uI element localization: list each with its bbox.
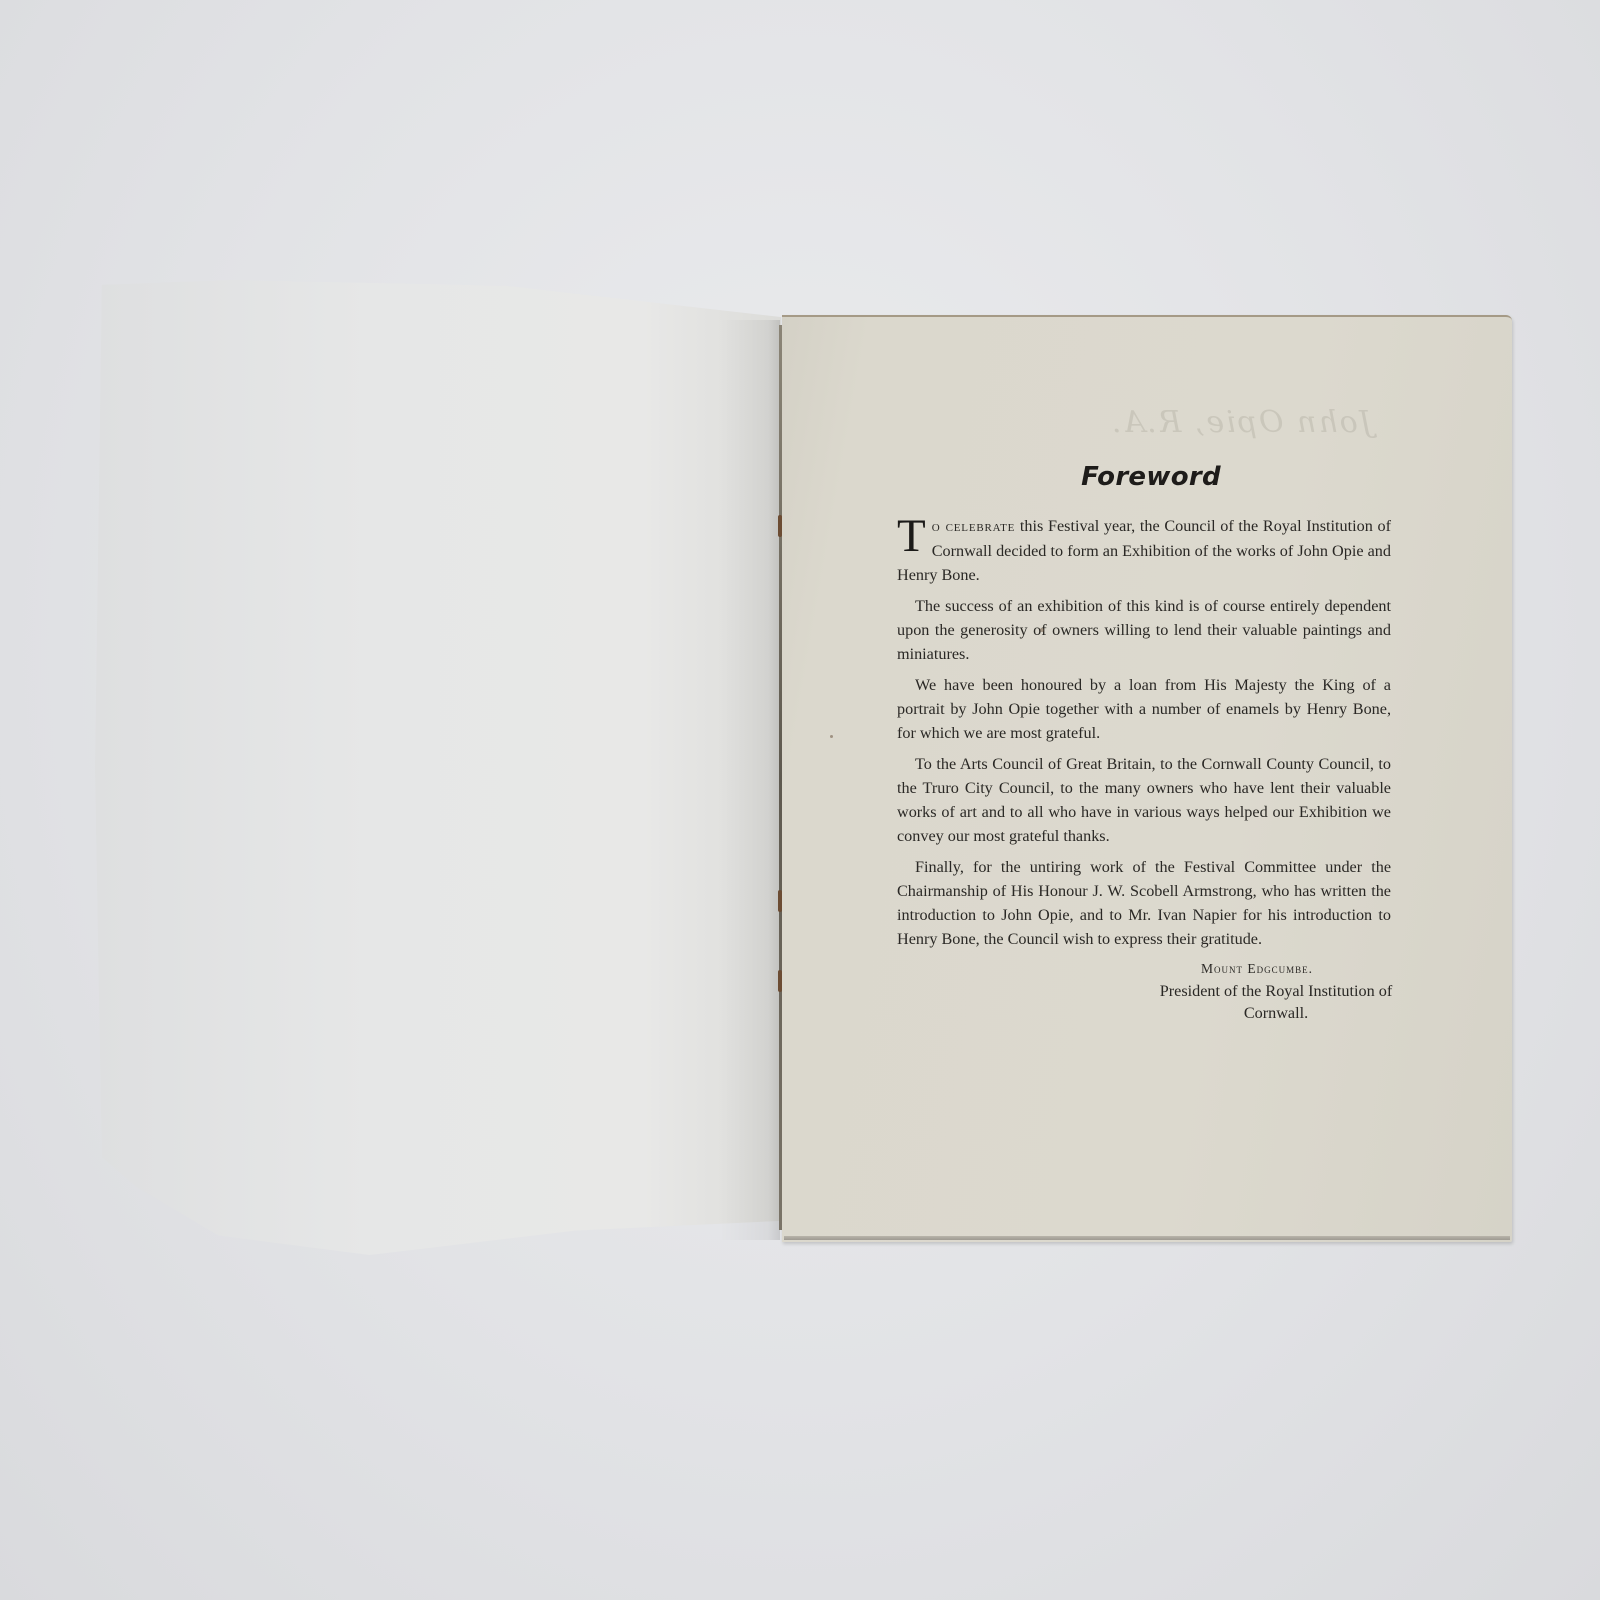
signature-block: Mount Edgcumbe. President of the Royal I…: [897, 961, 1391, 1024]
paragraph-5: Finally, for the untiring work of the Fe…: [897, 855, 1391, 951]
paragraph-4: To the Arts Council of Great Britain, to…: [897, 752, 1391, 848]
smallcaps-lead: o celebrate: [932, 519, 1015, 535]
booklet-spine: [779, 325, 782, 1230]
staple-bottom: [778, 970, 782, 992]
foreword-content: Foreword To celebrate this Festival year…: [897, 462, 1391, 1024]
paper-speck: [1040, 628, 1044, 632]
paragraph-1: To celebrate this Festival year, the Cou…: [897, 514, 1391, 587]
bleed-through-text: John Opie, R.A.: [1110, 405, 1372, 440]
signatory-title: President of the Royal Institution of Co…: [1141, 980, 1411, 1024]
paragraph-3: We have been honoured by a loan from His…: [897, 673, 1391, 745]
paper-speck: [830, 735, 833, 738]
drop-cap: T: [897, 516, 926, 556]
left-page-blank: [95, 280, 781, 1255]
page-stack-edge: [784, 1236, 1510, 1240]
page-title: Foreword: [897, 462, 1391, 492]
signatory-name: Mount Edgcumbe.: [897, 961, 1391, 977]
staple-top: [778, 515, 782, 537]
staple-middle: [778, 890, 782, 912]
paragraph-2: The success of an exhibition of this kin…: [897, 594, 1391, 666]
